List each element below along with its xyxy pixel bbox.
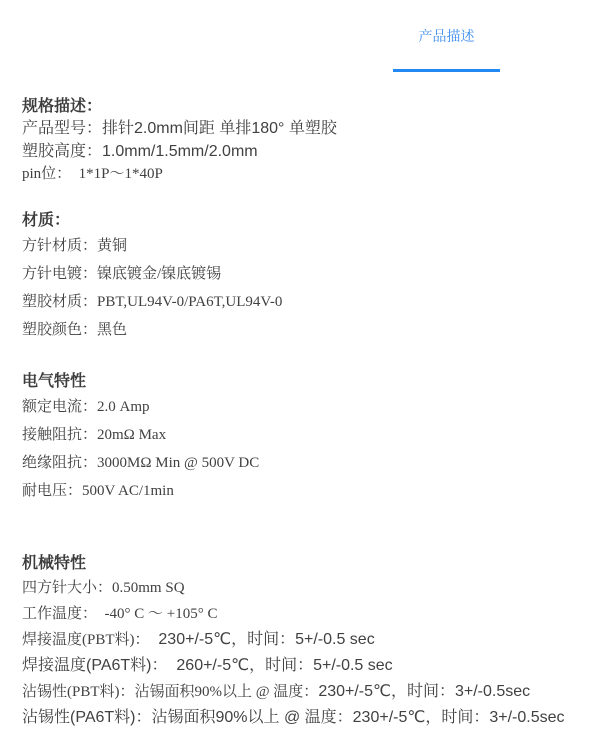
spec-label: 方针电镀： <box>22 266 97 282</box>
section-heading-mechanical: 机械特性 <box>22 552 585 575</box>
row-soldering-temp-pbt: 焊接温度(PBT料)： 230+/-5℃，时间：5+/-0.5 sec <box>22 627 585 653</box>
tab-bar: 产品描述 <box>0 0 603 72</box>
spec-label: 焊接温度(PBT料)： <box>22 632 150 648</box>
section-heading-specs: 规格描述： <box>22 95 585 118</box>
section-heading-electrical: 电气特性 <box>22 370 585 393</box>
row-solderability-pbt: 沾锡性(PBT料)：沾锡面积90%以上 @ 温度：230+/-5℃，时间：3+/… <box>22 679 585 705</box>
spec-value: 3000MΩ Min @ 500V DC <box>97 455 259 471</box>
row-pin-material: 方针材质：黄铜 <box>22 232 585 260</box>
row-rated-current: 额定电流：2.0 Amp <box>22 393 585 421</box>
row-operating-temp: 工作温度： -40° C ～ +105° C <box>22 601 585 627</box>
spec-value: 500V AC/1min <box>82 483 174 499</box>
row-solderability-pa6t: 沾锡性(PA6T料)：沾锡面积90%以上 @ 温度：230+/-5℃，时间：3+… <box>22 705 585 731</box>
row-plastic-material: 塑胶材质：PBT,UL94V-0/PA6T,UL94V-0 <box>22 288 585 316</box>
spec-label: 塑胶高度： <box>22 143 102 160</box>
spec-value: 0.50mm SQ <box>112 580 185 596</box>
spec-value: 20mΩ Max <box>97 427 166 443</box>
product-description-page: 产品描述 规格描述： 产品型号：排针2.0mm间距 单排180° 单塑胶 塑胶高… <box>0 0 603 731</box>
spec-value: 排针2.0mm间距 单排180° 单塑胶 <box>102 120 337 137</box>
spec-value: 230+/-5℃，时间：3+/-0.5sec <box>318 683 530 700</box>
section-material: 材质： 方针材质：黄铜 方针电镀：镍底镀金/镍底镀锡 塑胶材质：PBT,UL94… <box>22 210 585 344</box>
spec-label: 四方针大小： <box>22 580 112 596</box>
spec-value: 1*1P～1*40P <box>71 166 163 182</box>
row-plastic-height: 塑胶高度：1.0mm/1.5mm/2.0mm <box>22 141 585 164</box>
spec-value: 1.0mm/1.5mm/2.0mm <box>102 143 258 160</box>
row-insulation-resistance: 绝缘阻抗：3000MΩ Min @ 500V DC <box>22 449 585 477</box>
tab-product-description[interactable]: 产品描述 <box>393 26 500 46</box>
spec-label: 额定电流： <box>22 399 97 415</box>
section-heading-material: 材质： <box>22 210 585 232</box>
spec-value: 沾锡面积90%以上 @ 温度：230+/-5℃，时间：3+/-0.5sec <box>152 709 565 726</box>
row-contact-resistance: 接触阻抗：20mΩ Max <box>22 421 585 449</box>
spec-label: 方针材质： <box>22 238 97 254</box>
spec-label: 塑胶颜色： <box>22 322 97 338</box>
section-mechanical: 机械特性 四方针大小：0.50mm SQ 工作温度： -40° C ～ +105… <box>22 552 585 731</box>
row-soldering-temp-pa6t: 焊接温度(PA6T料)： 260+/-5℃，时间：5+/-0.5 sec <box>22 653 585 679</box>
row-plastic-color: 塑胶颜色：黑色 <box>22 316 585 344</box>
row-pin-count: pin位： 1*1P～1*40P <box>22 163 585 186</box>
spec-label: 焊接温度(PA6T料)： <box>22 657 168 674</box>
spec-label: pin位： <box>22 166 71 182</box>
spec-label: 接触阻抗： <box>22 427 97 443</box>
spec-label: 绝缘阻抗： <box>22 455 97 471</box>
spec-label: 工作温度： <box>22 606 97 622</box>
spec-value: 2.0 Amp <box>97 399 150 415</box>
spec-value: 镍底镀金/镍底镀锡 <box>97 266 221 282</box>
content: 规格描述： 产品型号：排针2.0mm间距 单排180° 单塑胶 塑胶高度：1.0… <box>0 95 603 731</box>
spec-value: 230+/-5℃，时间：5+/-0.5 sec <box>150 631 375 648</box>
spec-label: 沾锡性(PBT料)：沾锡面积90%以上 @ 温度： <box>22 684 318 700</box>
spec-label: 耐电压： <box>22 483 82 499</box>
row-withstand-voltage: 耐电压：500V AC/1min <box>22 477 585 505</box>
spec-value: PBT,UL94V-0/PA6T,UL94V-0 <box>97 294 282 310</box>
spec-value: 260+/-5℃，时间：5+/-0.5 sec <box>168 657 393 674</box>
row-product-model: 产品型号：排针2.0mm间距 单排180° 单塑胶 <box>22 118 585 141</box>
spec-value: 黄铜 <box>97 238 127 254</box>
spec-label: 塑胶材质： <box>22 294 97 310</box>
row-pin-plating: 方针电镀：镍底镀金/镍底镀锡 <box>22 260 585 288</box>
row-pin-size: 四方针大小：0.50mm SQ <box>22 575 585 601</box>
spec-value: -40° C ～ +105° C <box>97 606 217 622</box>
spec-label: 产品型号： <box>22 120 102 137</box>
spec-label: 沾锡性(PA6T料)： <box>22 709 152 726</box>
section-specs: 规格描述： 产品型号：排针2.0mm间距 单排180° 单塑胶 塑胶高度：1.0… <box>22 95 585 186</box>
tab-active-indicator <box>393 69 500 72</box>
spec-value: 黑色 <box>97 322 127 338</box>
section-electrical: 电气特性 额定电流：2.0 Amp 接触阻抗：20mΩ Max 绝缘阻抗：300… <box>22 370 585 505</box>
